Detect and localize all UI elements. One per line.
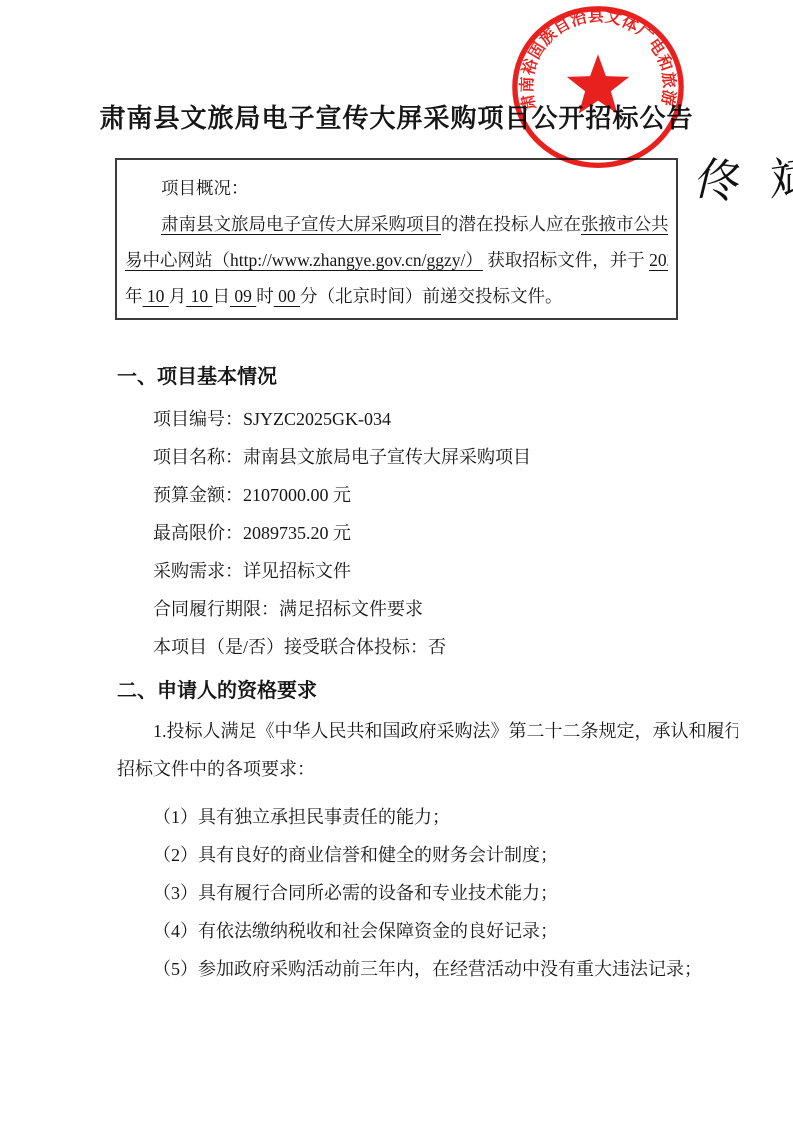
overview-line-3: 年 10 月 10 日 09 时 00 分（北京时间）前递交投标文件。 — [125, 278, 668, 314]
overview-text: 月 — [169, 286, 187, 306]
qualification-intro-line-1: 1.投标人满足《中华人民共和国政府采购法》第二十二条规定，承认和履行 — [117, 712, 738, 750]
handwritten-signature: 佟斌 — [645, 88, 793, 265]
contract-period: 合同履行期限：满足招标文件要求 — [117, 590, 738, 628]
overview-platform-url: 易中心网站（http://www.zhangye.gov.cn/ggzy/） — [125, 250, 483, 270]
overview-text: 分（北京时间）前递交投标文件。 — [300, 286, 563, 306]
qualification-item-2: （2）具有良好的商业信誉和健全的财务会计制度； — [117, 836, 738, 874]
section-1-heading: 一、项目基本情况 — [117, 364, 738, 390]
overview-text: 时 — [256, 286, 274, 306]
qualification-item-1: （1）具有独立承担民事责任的能力； — [117, 798, 738, 836]
overview-day: 10 — [186, 286, 212, 306]
section-2-intro: 1.投标人满足《中华人民共和国政府采购法》第二十二条规定，承认和履行 招标文件中… — [117, 712, 738, 788]
procurement-requirement: 采购需求：详见招标文件 — [117, 552, 738, 590]
signature-char-1: 佟 — [690, 142, 750, 212]
section-2-heading: 二、申请人的资格要求 — [117, 678, 738, 704]
overview-hour: 09 — [230, 286, 256, 306]
overview-text: 的潜在投标人应在 — [441, 214, 581, 234]
overview-line-2: 易中心网站（http://www.zhangye.gov.cn/ggzy/） 获… — [125, 242, 668, 278]
signature-char-2: 斌 — [770, 137, 793, 208]
max-price: 最高限价：2089735.20 元 — [117, 514, 738, 552]
overview-text: 日 — [213, 286, 231, 306]
qualification-intro-line-2: 招标文件中的各项要求： — [117, 750, 738, 788]
document-page: 肃南县文旅局电子宣传大屏采购项目公开招标公告 项目概况： 肃南县文旅局电子宣传大… — [0, 0, 793, 1122]
overview-minute: 00 — [274, 286, 300, 306]
budget-amount: 预算金额：2107000.00 元 — [117, 476, 738, 514]
project-overview-box: 项目概况： 肃南县文旅局电子宣传大屏采购项目的潜在投标人应在张掖市公共资源交 易… — [115, 158, 678, 320]
overview-project-name: 肃南县文旅局电子宣传大屏采购项目 — [161, 214, 441, 234]
consortium-bid: 本项目（是/否）接受联合体投标：否 — [117, 628, 738, 666]
qualification-item-5: （5）参加政府采购活动前三年内，在经营活动中没有重大违法记录； — [117, 950, 738, 988]
project-name: 项目名称：肃南县文旅局电子宣传大屏采购项目 — [117, 438, 738, 476]
section-1-items: 项目编号：SJYZC2025GK-034 项目名称：肃南县文旅局电子宣传大屏采购… — [117, 400, 738, 666]
overview-text: 年 — [125, 286, 143, 306]
overview-month: 10 — [143, 286, 169, 306]
section-2-items: （1）具有独立承担民事责任的能力； （2）具有良好的商业信誉和健全的财务会计制度… — [117, 798, 738, 988]
document-body: 一、项目基本情况 项目编号：SJYZC2025GK-034 项目名称：肃南县文旅… — [117, 364, 738, 988]
qualification-item-3: （3）具有履行合同所必需的设备和专业技术能力； — [117, 874, 738, 912]
overview-line-1: 肃南县文旅局电子宣传大屏采购项目的潜在投标人应在张掖市公共资源交 — [125, 206, 668, 242]
seal-star-icon — [567, 54, 629, 113]
qualification-item-4: （4）有依法缴纳税收和社会保障资金的良好记录； — [117, 912, 738, 950]
overview-text: 获取招标文件，并于 — [483, 250, 649, 270]
project-number: 项目编号：SJYZC2025GK-034 — [117, 400, 738, 438]
